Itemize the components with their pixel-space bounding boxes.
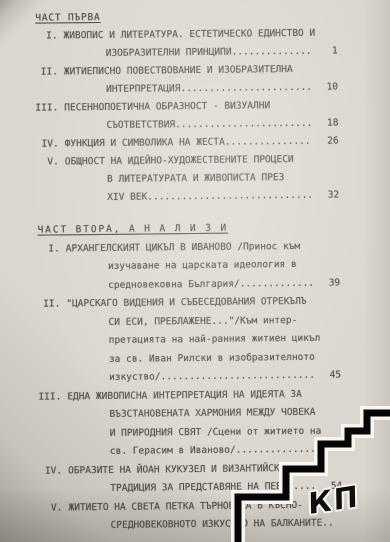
scanned-toc-page: ЧАСТ ПЪРВАI.ЖИВОПИС И ЛИТЕРАТУРА. ЕСТЕТИ… — [0, 0, 390, 542]
entry-text: ИЗОБРАЗИТЕЛНИ ПРИНЦИПИ.............. — [106, 46, 312, 59]
entry-text: XIV ВЕК............................. — [107, 190, 313, 203]
page-number: 45 — [315, 366, 341, 385]
entry-text: ФУНКЦИЯ И СИМВОЛИКА НА ЖЕСТА............… — [65, 136, 311, 150]
entry-numeral: II. — [0, 295, 60, 314]
page-number: 18 — [312, 114, 338, 132]
entry-text: претацията на най-ранния житиен цикъл — [109, 333, 321, 346]
entry-text: ЖИТИЕПИСНО ПОВЕСТВОВАНИЕ И ИЗОБРАЗИТЕЛНА — [64, 64, 293, 77]
entry-text: ОБЩНОСТ НА ИДЕЙНО-ХУДОЖЕСТВЕНИТЕ ПРОЦЕСИ — [65, 154, 294, 167]
entry-numeral: I. — [0, 27, 58, 46]
entry-text: ЖИТИЕТО НА СВЕТА ПЕТКА ТЪРНОВСКА В КЪСНО… — [68, 499, 303, 512]
entry-text: ВЪЗСТАНОВЕНАТА ХАРМОНИЯ МЕЖДУ ЧОВЕКА — [109, 407, 315, 420]
entry-text: ОБРАЗИТЕ НА ЙОАН КУКУЗЕЛ И ВИЗАНТИЙСКАТА — [68, 462, 297, 475]
toc: ЧАСТ ПЪРВАI.ЖИВОПИС И ЛИТЕРАТУРА. ЕСТЕТИ… — [0, 0, 390, 542]
entry-text: изкуство/........................... — [109, 370, 315, 383]
page-number: 26 — [313, 132, 339, 150]
page-number: 39 — [314, 274, 340, 293]
entry-text: АРХАНГЕЛСКИЯТ ЦИКЪЛ В ИВАНОВО /Принос къ… — [66, 240, 301, 253]
entry-numeral: III. — [1, 388, 61, 407]
entry-text: И ПРИРОДНИЯ СВЯТ /Сцени от житието на — [110, 425, 322, 438]
entry-text: СРЕДНОВЕКОВНОТО ИЗКУСТВО НА БАЛКАНИТЕ.. — [111, 518, 334, 531]
entry-numeral: I. — [0, 240, 60, 259]
entry-text: ПЕСЕННОПОЕТИЧНА ОБРАЗНОСТ - ВИЗУАЛНИ — [64, 100, 270, 113]
entry-text: ИНТЕРПРЕТАЦИЯ....................... — [106, 82, 312, 95]
entry-numeral: III. — [0, 99, 58, 118]
entry-text: изучаване на царската идеология в — [108, 259, 297, 272]
entry-numeral: IV. — [0, 135, 59, 154]
entry-numeral: II. — [0, 63, 58, 82]
page-number: 1 — [312, 42, 338, 60]
entry-text: ЕДНА ЖИВОПИСНА ИНТЕРПРЕТАЦИЯ НА ИДЕЯТА З… — [67, 388, 302, 401]
page-number: 10 — [312, 78, 338, 96]
kp-initials-watermark: КП — [308, 482, 360, 519]
entry-text: СИ ЕСИ, ПРЕБЛАЖЕНЕ..."/Към интер- — [108, 314, 297, 327]
entry-text: В ЛИТЕРАТУРАТА И ЖИВОПИСТА ПРЕЗ — [107, 172, 284, 185]
entry-text: СЪОТВЕТСТВИЯ........................ — [106, 118, 312, 131]
page-number: 32 — [313, 186, 339, 204]
entry-numeral: IV. — [2, 462, 62, 481]
entry-text: св. Герасим в Иваново/.............. — [110, 444, 316, 457]
entry-numeral: V. — [2, 499, 62, 518]
entry-text: ТРАДИЦИЯ ЗА ПРЕДСТАВЯНЕ НА ПЕВЦИ.... — [110, 481, 316, 494]
entry-text: средновековна България/............. — [108, 277, 314, 290]
entry-text: за св. Иван Рилски в изобразителното — [109, 351, 315, 364]
entry-numeral: V. — [0, 153, 59, 172]
toc-continuation-line: XIV ВЕК.............................32 — [0, 186, 389, 208]
entry-text: ЖИВОПИС И ЛИТЕРАТУРА. ЕСТЕТИЧЕСКО ЕДИНСТ… — [63, 28, 315, 42]
toc-section: ЧАСТ ПЪРВАI.ЖИВОПИС И ЛИТЕРАТУРА. ЕСТЕТИ… — [0, 6, 389, 208]
entry-text: "ЦАРСКАГО ВИДЕНИЯ И СЪБЕСЕДОВАНИЯ ОТРЕКЪ… — [66, 296, 306, 310]
